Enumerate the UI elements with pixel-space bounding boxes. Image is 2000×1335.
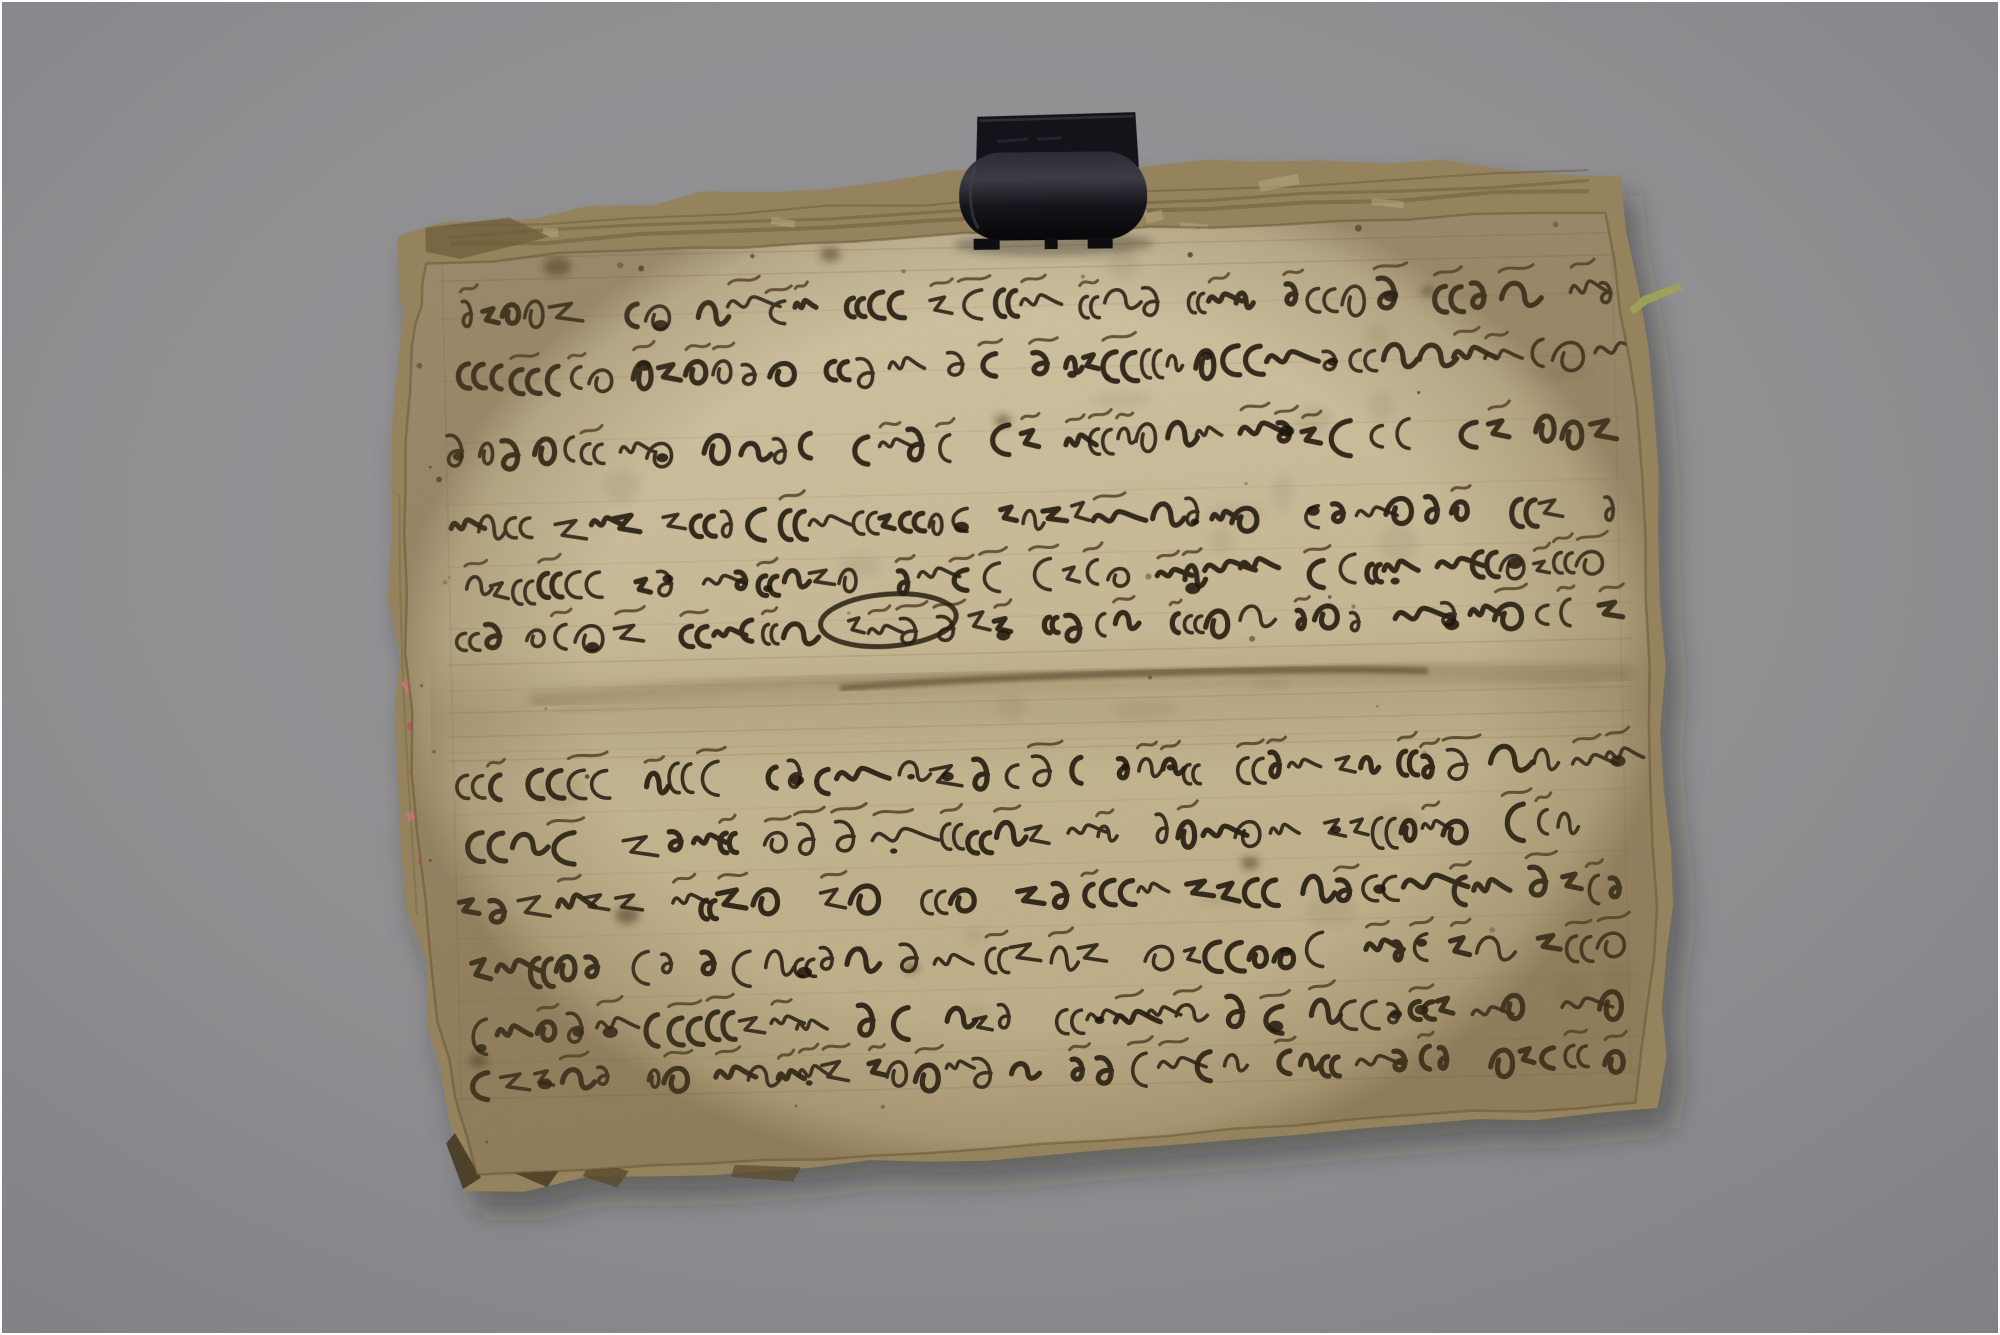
photo-frame <box>0 0 2000 1335</box>
edge-vignette <box>383 146 1678 1195</box>
manuscript-page <box>378 135 1704 1214</box>
page-content <box>378 135 1691 1214</box>
manuscript-photo <box>0 0 2000 1335</box>
binder-clip <box>952 112 1153 257</box>
clip-roller <box>959 151 1148 241</box>
